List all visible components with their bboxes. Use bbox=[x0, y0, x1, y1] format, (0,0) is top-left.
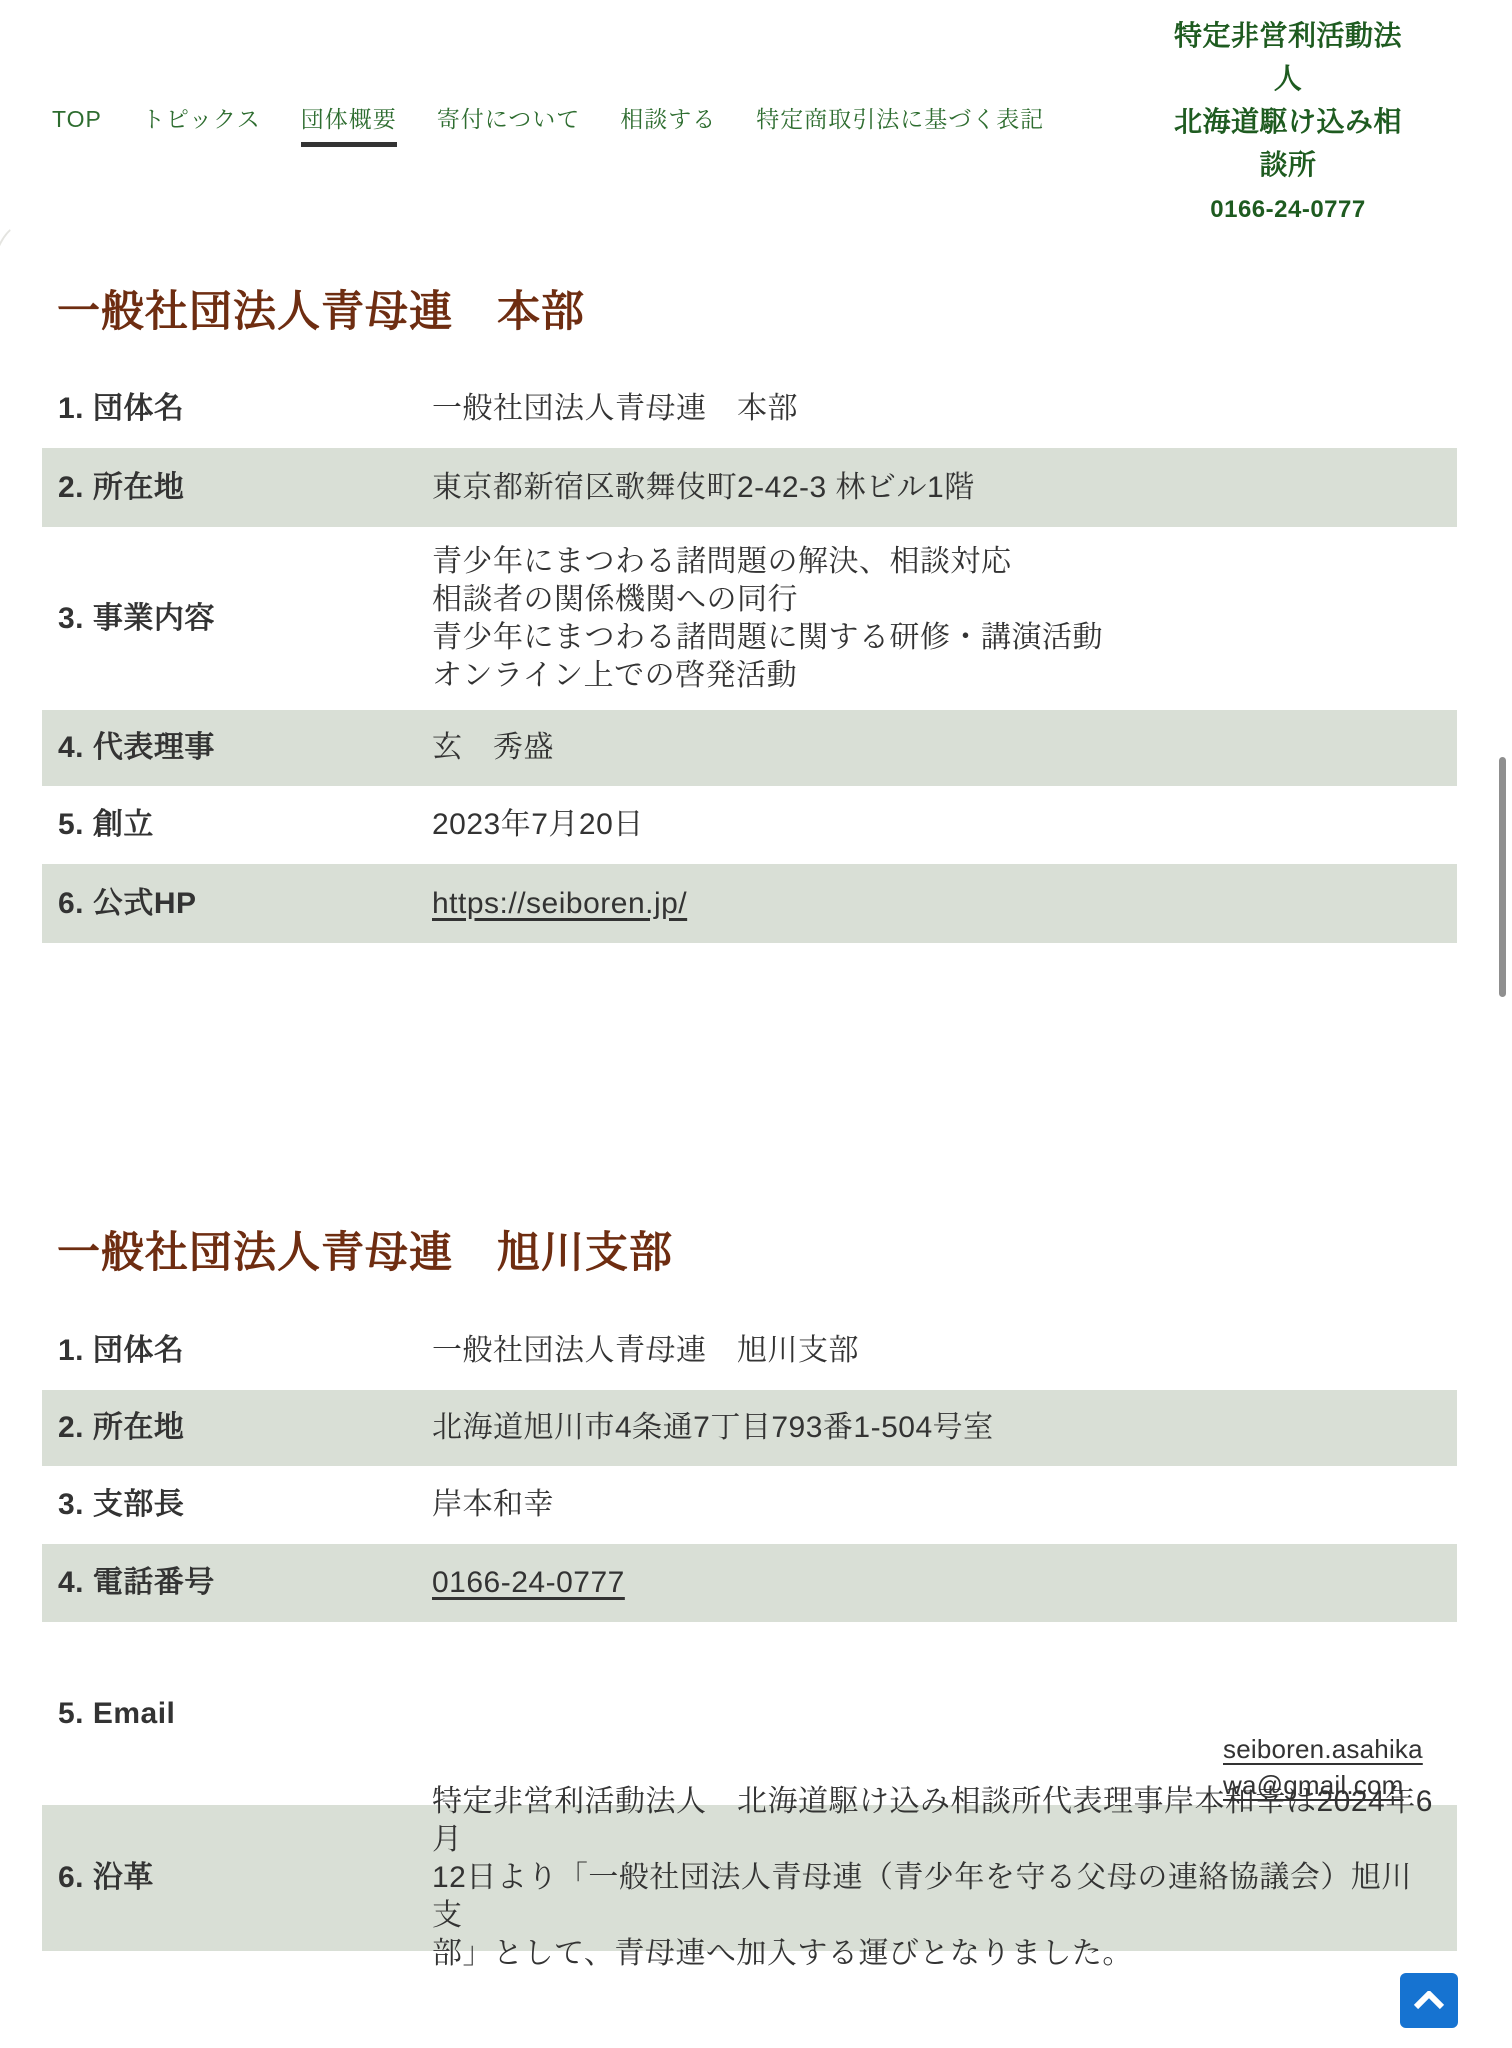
official-website-link[interactable]: https://seiboren.jp/ bbox=[432, 887, 687, 920]
section2-table: 1. 団体名 一般社団法人青母連 旭川支部 2. 所在地 北海道旭川市4条通7丁… bbox=[42, 1312, 1457, 1951]
section1-heading: 一般社団法人青母連 本部 bbox=[57, 291, 585, 334]
business-line: 青少年にまつわる諸問題の解決、相談対応 bbox=[432, 543, 1433, 581]
nav-item-topics[interactable]: トピックス bbox=[142, 108, 261, 131]
nav-item-consult[interactable]: 相談する bbox=[620, 108, 716, 131]
table-row: 2. 所在地 北海道旭川市4条通7丁目793番1-504号室 bbox=[42, 1390, 1457, 1466]
table-row: 1. 団体名 一般社団法人青母連 本部 bbox=[42, 369, 1457, 448]
table-row: 2. 所在地 東京都新宿区歌舞伎町2-42-3 林ビル1階 bbox=[42, 448, 1457, 527]
table-row: 6. 公式HP https://seiboren.jp/ bbox=[42, 864, 1457, 943]
row-label: 6. 公式HP bbox=[42, 885, 432, 923]
row-label: 4. 代表理事 bbox=[42, 729, 432, 767]
business-line: 青少年にまつわる諸問題に関する研修・講演活動 bbox=[432, 619, 1433, 657]
table-row: 3. 支部長 岸本和幸 bbox=[42, 1466, 1457, 1544]
nav-item-organization-overview[interactable]: 団体概要 bbox=[301, 108, 397, 147]
table-row: 6. 沿革 特定非営利活動法人 北海道駆け込み相談所代表理事岸本和幸は2024年… bbox=[42, 1805, 1457, 1951]
nav-item-top[interactable]: TOP bbox=[52, 108, 102, 131]
scroll-to-top-button[interactable] bbox=[1400, 1973, 1458, 2028]
history-line: 12日より「一般社団法人青母連（青少年を守る父母の連絡協議会）旭川支 bbox=[432, 1859, 1433, 1935]
chevron-up-icon bbox=[1412, 1991, 1446, 2010]
row-value: 一般社団法人青母連 旭川支部 bbox=[432, 1332, 1457, 1370]
org-name-text: 北海道駆け込み相談所 bbox=[1164, 100, 1412, 186]
branch-phone-link[interactable]: 0166-24-0777 bbox=[432, 1566, 625, 1599]
row-value: 2023年7月20日 bbox=[432, 806, 1457, 844]
table-row: 5. Email seiboren.asahikawa@gmail.com bbox=[42, 1622, 1457, 1805]
header-phone-number: 0166-24-0777 bbox=[1164, 196, 1412, 224]
table-row: 4. 電話番号 0166-24-0777 bbox=[42, 1544, 1457, 1622]
row-value: 玄 秀盛 bbox=[432, 729, 1457, 767]
section1-table: 1. 団体名 一般社団法人青母連 本部 2. 所在地 東京都新宿区歌舞伎町2-4… bbox=[42, 369, 1457, 943]
page-curl-artifact bbox=[0, 221, 36, 297]
branch-email-link[interactable]: seiboren.asahikawa@gmail.com bbox=[1223, 1731, 1437, 1803]
nav-item-commercial-law-notation[interactable]: 特定商取引法に基づく表記 bbox=[756, 108, 1044, 131]
table-row: 3. 事業内容 青少年にまつわる諸問題の解決、相談対応 相談者の関係機関への同行… bbox=[42, 527, 1457, 710]
row-value: 0166-24-0777 bbox=[432, 1564, 1457, 1602]
row-label: 5. 創立 bbox=[42, 806, 432, 844]
section2-heading: 一般社団法人青母連 旭川支部 bbox=[57, 1232, 673, 1275]
row-label: 1. 団体名 bbox=[42, 1332, 432, 1370]
vertical-scrollbar-thumb[interactable] bbox=[1499, 757, 1506, 997]
site-logo[interactable]: 特定非営利活動法人 北海道駆け込み相談所 0166-24-0777 bbox=[1164, 14, 1412, 224]
row-value: 一般社団法人青母連 本部 bbox=[432, 390, 1457, 428]
row-label: 1. 団体名 bbox=[42, 390, 432, 428]
row-value: 青少年にまつわる諸問題の解決、相談対応 相談者の関係機関への同行 青少年にまつわ… bbox=[432, 543, 1457, 695]
business-line: 相談者の関係機関への同行 bbox=[432, 581, 1433, 619]
nav-item-donation[interactable]: 寄付について bbox=[437, 108, 581, 131]
row-value: 特定非営利活動法人 北海道駆け込み相談所代表理事岸本和幸は2024年6月 12日… bbox=[432, 1783, 1457, 1973]
table-row: 5. 創立 2023年7月20日 bbox=[42, 786, 1457, 864]
row-label: 3. 支部長 bbox=[42, 1486, 432, 1524]
row-value: 北海道旭川市4条通7丁目793番1-504号室 bbox=[432, 1409, 1457, 1447]
main-nav: TOP トピックス 団体概要 寄付について 相談する 特定商取引法に基づく表記 bbox=[52, 108, 1044, 147]
row-label: 2. 所在地 bbox=[42, 1409, 432, 1447]
row-label: 5. Email bbox=[42, 1695, 432, 1733]
row-label: 2. 所在地 bbox=[42, 469, 432, 507]
row-label: 3. 事業内容 bbox=[42, 600, 432, 638]
row-value: 東京都新宿区歌舞伎町2-42-3 林ビル1階 bbox=[432, 469, 1457, 507]
org-type-text: 特定非営利活動法人 bbox=[1164, 14, 1412, 100]
row-value: 岸本和幸 bbox=[432, 1486, 1457, 1524]
row-label: 6. 沿革 bbox=[42, 1859, 432, 1897]
row-value: https://seiboren.jp/ bbox=[432, 885, 1457, 923]
history-line: 部」として、青母連へ加入する運びとなりました。 bbox=[432, 1935, 1433, 1973]
table-row: 4. 代表理事 玄 秀盛 bbox=[42, 710, 1457, 786]
table-row: 1. 団体名 一般社団法人青母連 旭川支部 bbox=[42, 1312, 1457, 1390]
business-line: オンライン上での啓発活動 bbox=[432, 657, 1433, 695]
row-label: 4. 電話番号 bbox=[42, 1564, 432, 1602]
